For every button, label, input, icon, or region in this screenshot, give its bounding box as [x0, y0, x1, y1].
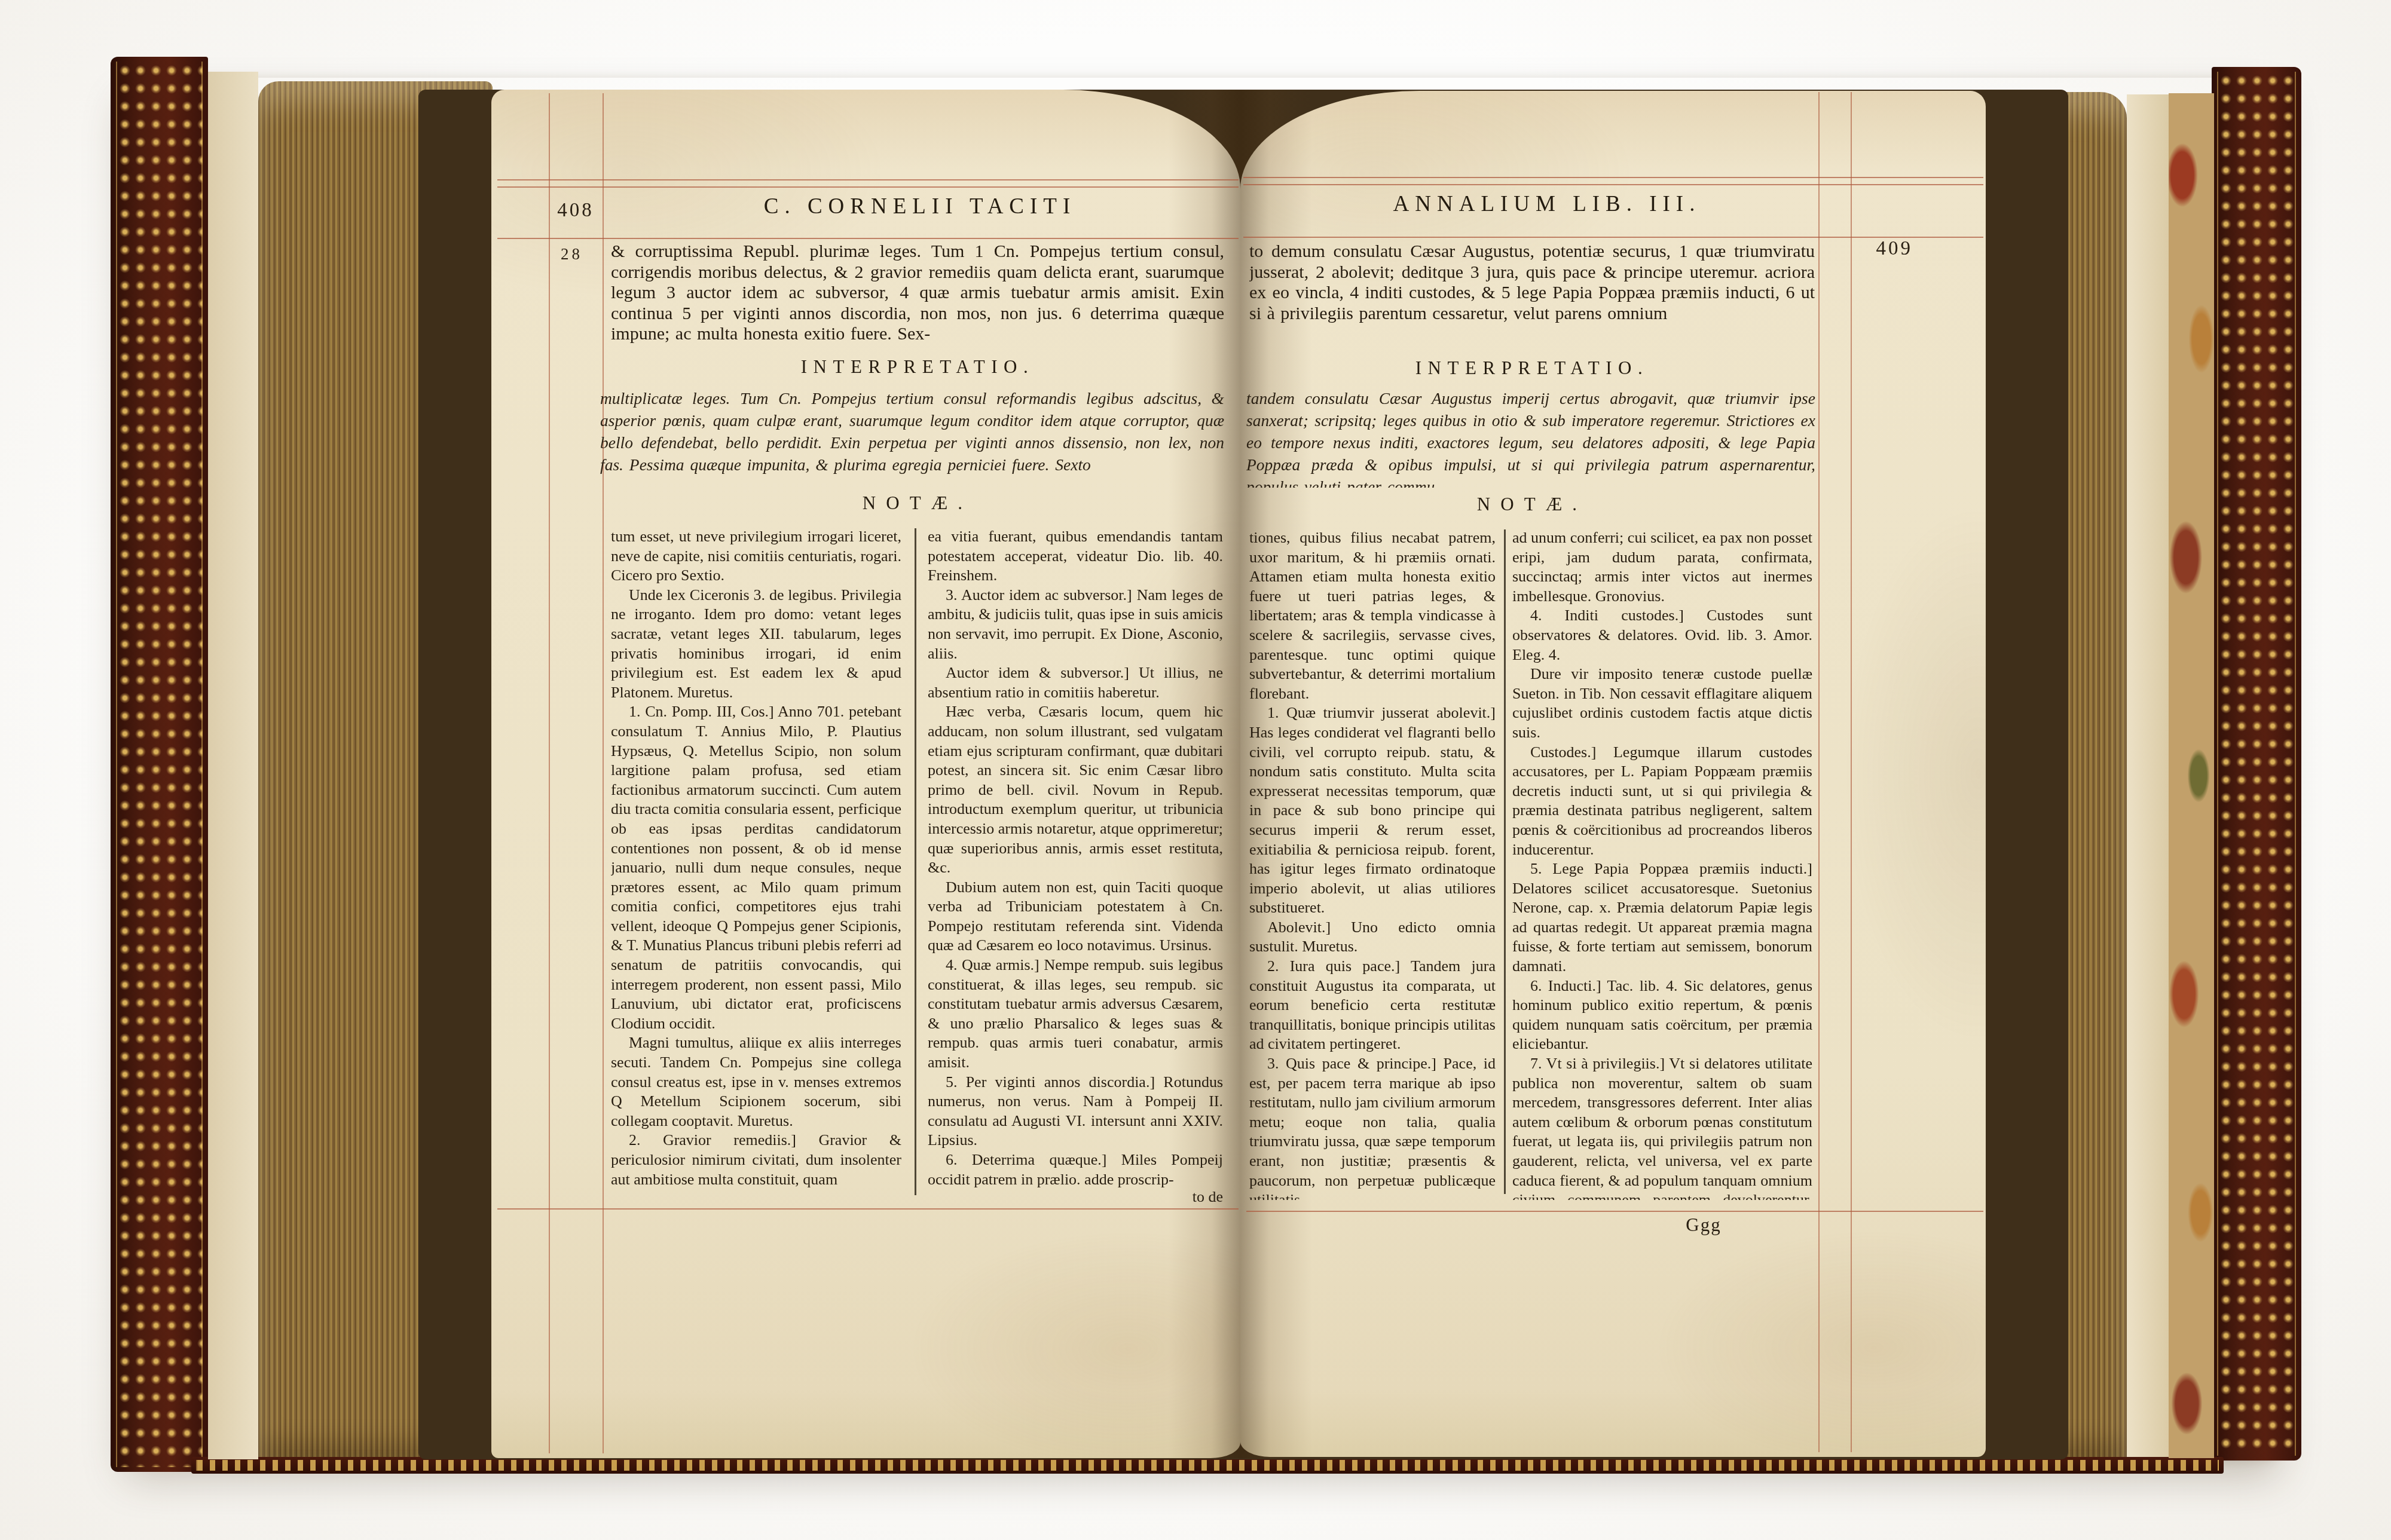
interpretatio-text-left: multiplicatæ leges. Tum Cn. Pompejus ter…	[600, 387, 1224, 488]
margin-reference: 28	[561, 245, 583, 264]
note-paragraph: 1. Cn. Pomp. III, Cos.] Anno 701. peteba…	[611, 702, 901, 1033]
note-paragraph: 6. Deterrima quæque.] Miles Pompeij occi…	[928, 1150, 1223, 1189]
notae-heading-left: NOTÆ.	[611, 492, 1224, 514]
right-endpaper-edge	[2127, 94, 2169, 1457]
running-title-right: ANNALIUM LIB. III.	[1248, 191, 1846, 217]
bottom-cover-gilt-edge	[191, 1457, 2224, 1474]
right-bottom-rule	[1246, 1211, 1983, 1212]
main-text-left: & corruptissima Republ. plurimæ leges. T…	[611, 241, 1224, 350]
note-paragraph: ea vitia fuerant, quibus emendandis tant…	[928, 527, 1223, 586]
note-paragraph: 4. Inditi custodes.] Custodes sunt obser…	[1512, 606, 1812, 665]
left-top-rule-1	[497, 179, 1239, 180]
notes-column-1-right-page: tiones, quibus filius necabat patrem, ux…	[1249, 528, 1496, 1200]
left-endpaper-edge	[208, 72, 258, 1459]
note-paragraph: Unde lex Ciceronis 3. de legibus. Privil…	[611, 586, 901, 703]
note-paragraph: 7. Vt si à privilegiis.] Vt si delatores…	[1512, 1054, 1812, 1200]
interpretatio-heading-left: INTERPRETATIO.	[611, 356, 1224, 378]
note-paragraph: 5. Lege Papia Poppæa præmiis inducti.] D…	[1512, 859, 1812, 976]
notae-heading-right: NOTÆ.	[1249, 494, 1815, 515]
page-number-right: 409	[1841, 238, 1913, 260]
right-margin-rule-inner	[1818, 92, 1820, 1452]
note-paragraph: Auctor idem & subversor.] Ut illius, ne …	[928, 663, 1223, 702]
left-margin-rule-inner	[603, 93, 604, 1453]
note-paragraph: ad unum conferri; cui scilicet, ea pax n…	[1512, 528, 1812, 606]
note-paragraph: 3. Quis pace & principe.] Pace, id est, …	[1249, 1054, 1496, 1200]
left-header-rule	[497, 238, 1239, 239]
book-photo-scene: 408 C. CORNELII TACITI 28 & corruptissim…	[0, 0, 2391, 1540]
note-paragraph: Custodes.] Legumque illarum custodes acc…	[1512, 743, 1812, 860]
note-paragraph: 4. Quæ armis.] Nempe rempub. suis legibu…	[928, 956, 1223, 1073]
note-paragraph: Abolevit.] Uno edicto omnia sustulit. Mu…	[1249, 918, 1496, 957]
left-margin-rule-outer	[549, 93, 550, 1453]
interpretatio-heading-right: INTERPRETATIO.	[1249, 357, 1815, 379]
note-paragraph: 5. Per viginti annos discordia.] Rotundu…	[928, 1073, 1223, 1150]
running-title-left: C. CORNELII TACITI	[617, 194, 1223, 219]
interpretatio-text-right: tandem consulatu Cæsar Augustus imperij …	[1246, 387, 1815, 488]
marbled-endpaper-strip	[2169, 93, 2214, 1458]
catchword: to de	[1076, 1188, 1223, 1206]
right-top-rule-1	[1243, 177, 1983, 178]
note-paragraph: Magni tumultus, aliique ex aliis interre…	[611, 1033, 901, 1131]
gathering-signature: Ggg	[1614, 1214, 1793, 1236]
note-paragraph: 3. Auctor idem ac subversor.] Nam leges …	[928, 586, 1223, 663]
left-cover-gilt-edge	[111, 57, 208, 1472]
notes-column-2-right-page: ad unum conferri; cui scilicet, ea pax n…	[1512, 528, 1812, 1200]
page-number-left: 408	[551, 200, 600, 222]
note-paragraph: 1. Quæ triumvir jusserat abolevit.] Has …	[1249, 703, 1496, 918]
right-margin-rule-outer	[1851, 92, 1852, 1452]
note-paragraph: 2. Gravior remediis.] Gravior & periculo…	[611, 1131, 901, 1189]
notes-column-2-left-page: ea vitia fuerant, quibus emendandis tant…	[928, 527, 1223, 1199]
note-paragraph: 6. Inducti.] Tac. lib. 4. Sic delatores,…	[1512, 976, 1812, 1054]
left-page-column-divider	[915, 528, 916, 1195]
right-top-rule-2	[1243, 184, 1983, 185]
left-bottom-rule	[497, 1208, 1239, 1210]
note-paragraph: 2. Iura quis pace.] Tandem jura constitu…	[1249, 957, 1496, 1054]
notes-column-1-left-page: tum esset, ut neve privilegium irrogari …	[611, 527, 901, 1199]
right-cover-gilt-edge	[2212, 67, 2301, 1461]
note-paragraph: Hæc verba, Cæsaris locum, quem hic adduc…	[928, 702, 1223, 877]
note-paragraph: Dubium autem non est, quin Taciti quoque…	[928, 878, 1223, 956]
note-paragraph: Dure vir imposito teneræ custode puellæ …	[1512, 665, 1812, 742]
note-paragraph: tiones, quibus filius necabat patrem, ux…	[1249, 528, 1496, 703]
right-page-column-divider	[1504, 529, 1506, 1194]
main-text-right: to demum consulatu Cæsar Augustus, poten…	[1249, 241, 1815, 350]
left-top-rule-2	[497, 186, 1239, 188]
note-paragraph: tum esset, ut neve privilegium irrogari …	[611, 527, 901, 586]
